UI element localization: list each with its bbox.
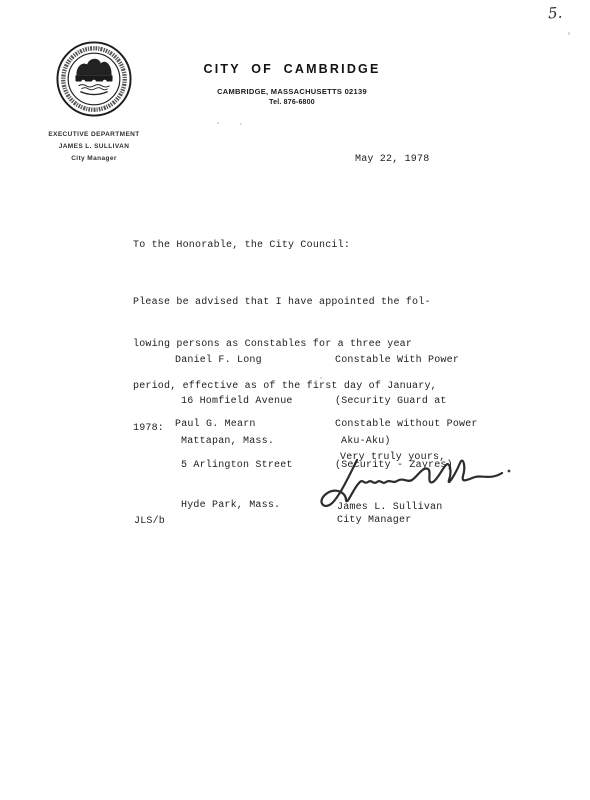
reference-initials: JLS/b [134, 515, 165, 529]
appointee-2-role: Constable without Power (Security - Zayr… [335, 391, 478, 500]
city-manager-name: JAMES L. SULLIVAN [40, 141, 148, 153]
city-manager-title: City Manager [40, 153, 148, 165]
executive-department-label: EXECUTIVE DEPARTMENT [40, 129, 148, 141]
letterhead-phone: Tel. 876-6800 [146, 99, 438, 106]
appointee-name: Paul G. Mearn [175, 419, 293, 432]
letterhead-address: CAMBRIDGE, MASSACHUSETTS 02139 [146, 87, 438, 96]
appointee-address-line: Hyde Park, Mass. [181, 500, 293, 513]
letterhead: CITY OF CAMBRIDGE CAMBRIDGE, MASSACHUSET… [146, 62, 438, 106]
scan-speck [217, 122, 219, 124]
appointee-name: Daniel F. Long [175, 355, 293, 368]
body-line: Please be advised that I have appointed … [133, 296, 437, 310]
scan-speck [320, 377, 322, 379]
letter-date: May 22, 1978 [355, 153, 429, 167]
scanned-letter-page: 5. CITY OF CAMBRIDGE CAMBRIDGE, MASSACHU… [0, 0, 590, 800]
appointee-role-line: Constable With Power [335, 355, 459, 368]
executive-department-block: EXECUTIVE DEPARTMENT JAMES L. SULLIVAN C… [40, 129, 148, 165]
closing-phrase: Very truly yours, [340, 451, 445, 465]
letterhead-title: CITY OF CAMBRIDGE [146, 62, 438, 76]
signer-title: City Manager [337, 514, 411, 528]
appointee-address-line: 5 Arlington Street [181, 460, 293, 473]
appointee-2-name-address: Paul G. Mearn 5 Arlington Street Hyde Pa… [175, 391, 293, 541]
scan-speck [568, 32, 570, 35]
appointee-role-line: Constable without Power [335, 419, 478, 432]
signer-name: James L. Sullivan [337, 501, 442, 515]
salutation: To the Honorable, the City Council: [133, 239, 350, 253]
scan-speck [240, 123, 242, 125]
cambridge-city-seal-icon [55, 40, 133, 118]
handwritten-page-number: 5. [547, 4, 563, 23]
